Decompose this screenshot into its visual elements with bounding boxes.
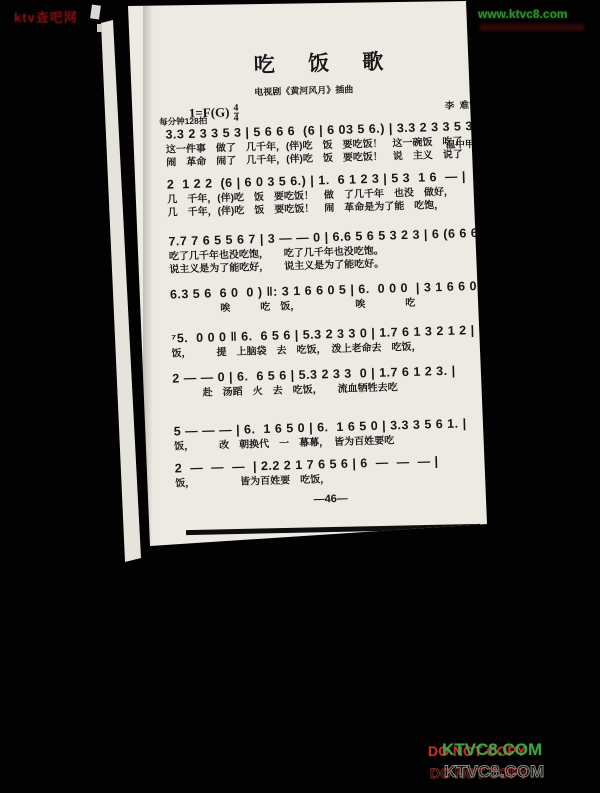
time-signature-bottom: 4 — [234, 114, 239, 123]
watermark-site-url: www.ktvc8.com — [478, 7, 568, 21]
time-signature: 44 — [233, 104, 239, 123]
scan-speck — [97, 24, 102, 32]
sheet-music-page: 吃 饭 歌 电视剧《黄河风月》插曲 李 难词 温中甲曲 1=F(G)44 每分钟… — [0, 0, 600, 793]
sheet-music-content: 吃 饭 歌 电视剧《黄河风月》插曲 李 难词 温中甲曲 1=F(G)44 每分钟… — [152, 1, 497, 540]
logo-site-text: KTVC8.COM — [442, 740, 542, 760]
scan-speck — [90, 4, 101, 19]
page-fold-shadow — [143, 5, 153, 545]
lyricist-credit: 李 难词 — [445, 99, 483, 113]
song-subtitle: 电视剧《黄河风月》插曲 — [254, 82, 353, 98]
score-system-7: 5 ― ― ― | 6. 1 6 5 0 | 6. 1 6 5 0 | 3.3 … — [174, 416, 497, 454]
song-title: 吃 饭 歌 — [153, 43, 484, 82]
watermark-site-name: ktv查吧网 — [14, 7, 78, 26]
screenshot-stage: ktv查吧网 www.ktvc8.com 吃 饭 歌 电视剧《黄河风月》插曲 李… — [0, 0, 600, 793]
watermark-red-smudge — [480, 25, 584, 30]
watermark-logo: DO NOT COPY KTVC8.COM DO NOT COPY KTVC8.… — [428, 740, 596, 790]
score-system-1: 3.3 2 3 3 5 3 | 5 6 6 6 (6 | 6 03 5 6.) … — [165, 119, 488, 170]
score-system-2: 2 1 2 2 (6 | 6 0 3 5 6.) | 1. 6 1 2 3 | … — [167, 169, 490, 220]
score-system-4: 6.3 5 6 6 0 0 ) ‖: 3 1 6 6 0 5 | 6. 0 0 … — [170, 279, 493, 317]
score-system-6: 2 ― ― 0 | 6. 6 5 6 | 5.3 2 3 3 0 | 1.7 6… — [172, 363, 495, 401]
page-number: —46— — [166, 489, 496, 510]
score-system-5: ⁷5. 0 0 0 ‖ 6. 6 5 6 | 5.3 2 3 3 0 | 1.7… — [171, 323, 494, 361]
logo-site-outline: KTVC8.COM — [444, 762, 544, 782]
score-system-8: 2 ― ― ― | 2.2 2 1 7 6 5 6 | 6 ― ― ― | 饭，… — [175, 453, 498, 491]
score-system-3: 7.7 7 6 5 5 6 7 | 3 ― ― 0 | 6.6 5 6 5 3 … — [168, 226, 491, 277]
